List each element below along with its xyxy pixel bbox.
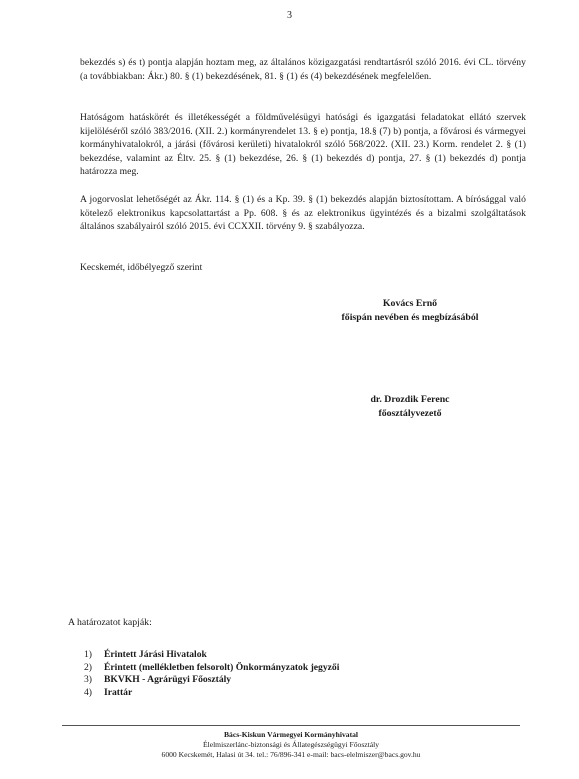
footer-department: Élelmiszerlánc-biztonsági és Állategészs… [62, 740, 520, 750]
list-item: 2) Érintett (mellékletben felsorolt) Önk… [84, 662, 339, 675]
list-item: 1) Érintett Járási Hivatalok [84, 649, 339, 662]
list-number: 4) [84, 687, 104, 700]
list-number: 1) [84, 649, 104, 662]
recipient-text: BKVKH - Agrárügyi Főosztály [104, 674, 231, 687]
recipient-text: Érintett Járási Hivatalok [104, 649, 207, 662]
paragraph-text: A jogorvoslat lehetőségét az Ákr. 114. §… [80, 193, 526, 234]
list-number: 3) [84, 674, 104, 687]
page-number: 3 [0, 10, 579, 21]
list-item: 3) BKVKH - Agrárügyi Főosztály [84, 674, 339, 687]
paragraph-decision-basis: bekezdés s) és t) pontja alapján hoztam … [80, 56, 526, 83]
signatory-title: főosztályvezető [300, 407, 520, 421]
list-number: 2) [84, 662, 104, 675]
footer: Bács-Kiskun Vármegyei Kormányhivatal Éle… [62, 730, 520, 760]
signature-block-head: dr. Drozdik Ferenc főosztályvezető [300, 393, 520, 420]
paragraph-text: Hatóságom hatáskörét és illetékességét a… [80, 111, 526, 179]
signatory-title: főispán nevében és megbízásából [300, 311, 520, 325]
recipient-text: Irattár [104, 687, 132, 700]
footer-organization: Bács-Kiskun Vármegyei Kormányhivatal [62, 730, 520, 740]
paragraph-text: bekezdés s) és t) pontja alapján hoztam … [80, 56, 526, 83]
recipient-text: Érintett (mellékletben felsorolt) Önkorm… [104, 662, 339, 675]
footer-divider [62, 725, 520, 726]
signatory-name: Kovács Ernő [300, 297, 520, 311]
list-item: 4) Irattár [84, 687, 339, 700]
recipients-label: A határozatot kapják: [68, 617, 152, 628]
paragraph-competence: Hatóságom hatáskörét és illetékességét a… [80, 111, 526, 179]
place-and-date: Kecskemét, időbélyegző szerint [80, 262, 202, 273]
signature-block-prefect: Kovács Ernő főispán nevében és megbízásá… [300, 297, 520, 324]
signatory-name: dr. Drozdik Ferenc [300, 393, 520, 407]
recipients-list: 1) Érintett Járási Hivatalok 2) Érintett… [84, 649, 339, 699]
paragraph-legal-remedy: A jogorvoslat lehetőségét az Ákr. 114. §… [80, 193, 526, 234]
footer-contact: 6000 Kecskemét, Halasi út 34. tel.: 76/8… [62, 750, 520, 760]
